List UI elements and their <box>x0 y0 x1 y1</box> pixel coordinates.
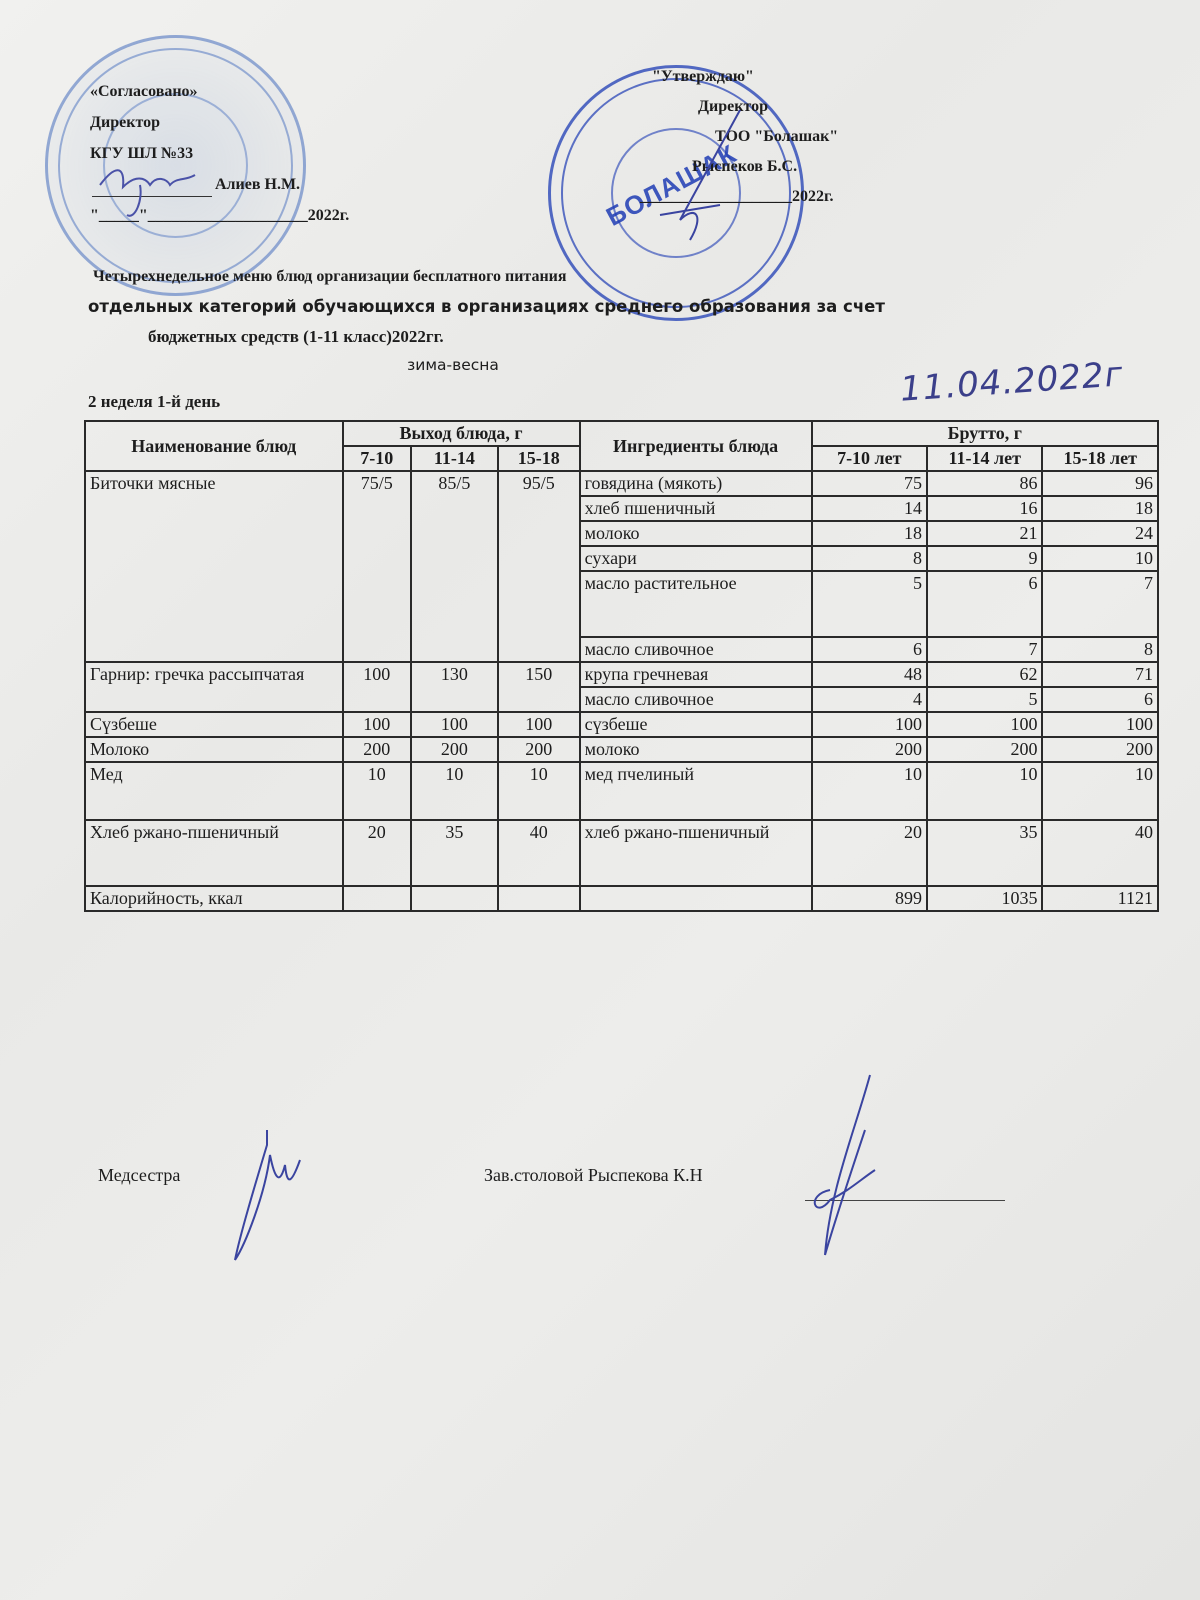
header-yield-age: 11-14 <box>411 446 498 471</box>
canteen-head-label: Зав.столовой Рыспекова К.Н <box>484 1165 703 1186</box>
ingredient-name: крупа гречневая <box>580 662 812 687</box>
dish-yield: 40 <box>498 820 580 886</box>
dish-name: Мед <box>85 762 343 820</box>
ingredient-gross: 200 <box>812 737 927 762</box>
table-row: Мед101010мед пчелиный101010 <box>85 762 1158 820</box>
ingredient-gross: 6 <box>1042 687 1158 712</box>
header-gross-age: 7-10 лет <box>812 446 927 471</box>
table-row: Гарнир: гречка рассыпчатая100130150крупа… <box>85 662 1158 687</box>
ingredient-gross: 10 <box>1042 762 1158 820</box>
ingredient-gross: 100 <box>812 712 927 737</box>
ingredient-name: мед пчелиный <box>580 762 812 820</box>
title-line-1: Четырехнедельное меню блюд организации б… <box>88 262 988 292</box>
title-line-2: отдельных категорий обучающихся в органи… <box>88 292 988 322</box>
ingredient-name: масло сливочное <box>580 637 812 662</box>
dish-yield: 10 <box>343 762 411 820</box>
dish-yield: 10 <box>411 762 498 820</box>
ingredient-gross: 16 <box>927 496 1042 521</box>
calories-row: Калорийность, ккал 899 1035 1121 <box>85 886 1158 911</box>
ingredient-gross: 48 <box>812 662 927 687</box>
nurse-signature <box>225 1125 325 1285</box>
header-gross: Брутто, г <box>812 421 1158 446</box>
ingredient-gross: 18 <box>812 521 927 546</box>
agreed-signature <box>95 155 215 225</box>
table-row: Биточки мясные75/585/595/5говядина (мяко… <box>85 471 1158 496</box>
ingredient-name: хлеб ржано-пшеничный <box>580 820 812 886</box>
dish-yield: 200 <box>411 737 498 762</box>
agreed-position: Директор <box>90 107 349 138</box>
ingredient-gross: 86 <box>927 471 1042 496</box>
handwritten-date: 11.04.2022г <box>899 354 1125 409</box>
approved-signature <box>640 110 760 260</box>
ingredient-gross: 10 <box>812 762 927 820</box>
menu-title: Четырехнедельное меню блюд организации б… <box>88 262 988 352</box>
dish-yield: 150 <box>498 662 580 712</box>
calories-value: 899 <box>812 886 927 911</box>
dish-yield: 100 <box>411 712 498 737</box>
ingredient-gross: 200 <box>1042 737 1158 762</box>
agreed-title: «Согласовано» <box>90 76 349 107</box>
ingredient-gross: 100 <box>1042 712 1158 737</box>
dish-yield: 95/5 <box>498 471 580 662</box>
ingredient-gross: 6 <box>927 571 1042 637</box>
ingredient-name: молоко <box>580 521 812 546</box>
ingredient-gross: 5 <box>812 571 927 637</box>
ingredient-gross: 21 <box>927 521 1042 546</box>
dish-yield: 200 <box>498 737 580 762</box>
header-ingredients: Ингредиенты блюда <box>580 421 812 471</box>
ingredient-gross: 7 <box>927 637 1042 662</box>
title-line-3: бюджетных средств (1-11 класс)2022гг. <box>88 322 988 352</box>
ingredient-gross: 100 <box>927 712 1042 737</box>
table-row: Хлеб ржано-пшеничный203540хлеб ржано-пше… <box>85 820 1158 886</box>
canteen-head-signature <box>800 1070 920 1260</box>
dish-name: Гарнир: гречка рассыпчатая <box>85 662 343 712</box>
day-label: 2 неделя 1-й день <box>88 392 220 412</box>
ingredient-gross: 200 <box>927 737 1042 762</box>
dish-yield: 100 <box>498 712 580 737</box>
nurse-label: Медсестра <box>98 1165 180 1186</box>
dish-yield: 100 <box>343 712 411 737</box>
ingredient-name: молоко <box>580 737 812 762</box>
ingredient-gross: 62 <box>927 662 1042 687</box>
ingredient-gross: 71 <box>1042 662 1158 687</box>
ingredient-gross: 10 <box>927 762 1042 820</box>
table-row: Сүзбеше100100100сүзбеше100100100 <box>85 712 1158 737</box>
header-yield-age: 7-10 <box>343 446 411 471</box>
ingredient-gross: 20 <box>812 820 927 886</box>
dish-yield: 35 <box>411 820 498 886</box>
ingredient-name: хлеб пшеничный <box>580 496 812 521</box>
calories-value: 1121 <box>1042 886 1158 911</box>
header-gross-age: 11-14 лет <box>927 446 1042 471</box>
ingredient-name: сүзбеше <box>580 712 812 737</box>
calories-value: 1035 <box>927 886 1042 911</box>
dish-yield: 85/5 <box>411 471 498 662</box>
header-dish-name: Наименование блюд <box>85 421 343 471</box>
ingredient-gross: 8 <box>1042 637 1158 662</box>
dish-name: Сүзбеше <box>85 712 343 737</box>
ingredient-name: масло сливочное <box>580 687 812 712</box>
dish-yield: 130 <box>411 662 498 712</box>
dish-yield: 20 <box>343 820 411 886</box>
dish-name: Хлеб ржано-пшеничный <box>85 820 343 886</box>
header-yield: Выход блюда, г <box>343 421 580 446</box>
ingredient-gross: 6 <box>812 637 927 662</box>
dish-name: Молоко <box>85 737 343 762</box>
ingredient-gross: 4 <box>812 687 927 712</box>
ingredient-gross: 7 <box>1042 571 1158 637</box>
ingredient-gross: 75 <box>812 471 927 496</box>
calories-label: Калорийность, ккал <box>85 886 343 911</box>
ingredient-gross: 96 <box>1042 471 1158 496</box>
dish-yield: 100 <box>343 662 411 712</box>
ingredient-gross: 5 <box>927 687 1042 712</box>
ingredient-gross: 40 <box>1042 820 1158 886</box>
ingredient-gross: 9 <box>927 546 1042 571</box>
ingredient-gross: 18 <box>1042 496 1158 521</box>
ingredient-gross: 35 <box>927 820 1042 886</box>
ingredient-gross: 24 <box>1042 521 1158 546</box>
dish-yield: 75/5 <box>343 471 411 662</box>
ingredient-name: сухари <box>580 546 812 571</box>
ingredient-name: говядина (мякоть) <box>580 471 812 496</box>
season-label: зима-весна <box>407 356 499 374</box>
table-row: Молоко200200200молоко200200200 <box>85 737 1158 762</box>
header-yield-age: 15-18 <box>498 446 580 471</box>
approved-title: "Утверждаю" <box>640 62 838 92</box>
header-gross-age: 15-18 лет <box>1042 446 1158 471</box>
ingredient-gross: 8 <box>812 546 927 571</box>
menu-table: Наименование блюд Выход блюда, г Ингреди… <box>84 420 1159 912</box>
ingredient-gross: 10 <box>1042 546 1158 571</box>
dish-yield: 200 <box>343 737 411 762</box>
dish-yield: 10 <box>498 762 580 820</box>
ingredient-gross: 14 <box>812 496 927 521</box>
ingredient-name: масло растительное <box>580 571 812 637</box>
dish-name: Биточки мясные <box>85 471 343 662</box>
